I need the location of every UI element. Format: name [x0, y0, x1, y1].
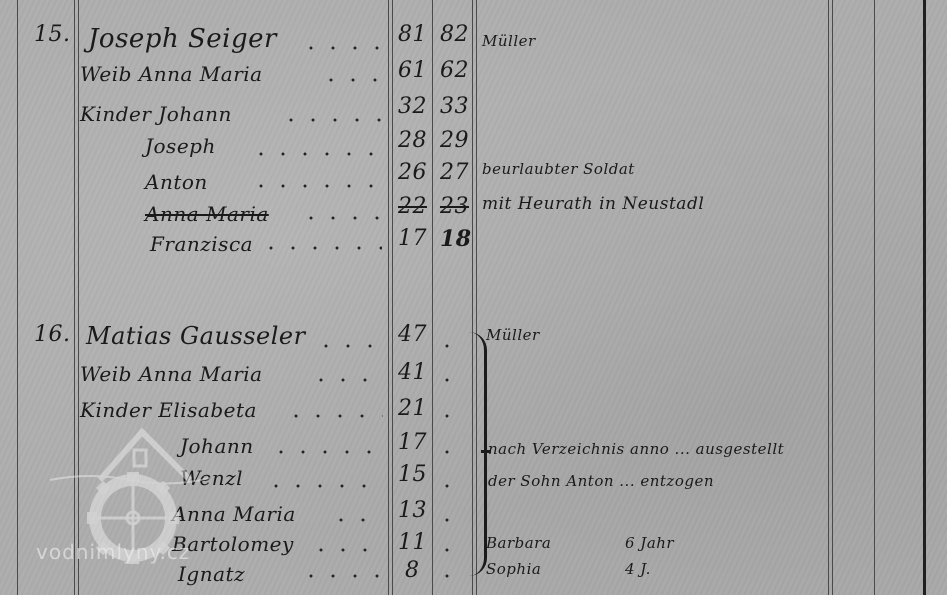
side-note-age: 6 Jahr [625, 534, 674, 552]
age-col-2: 62 [440, 58, 469, 83]
household-head-name: Joseph Seiger [88, 24, 277, 54]
age-col-1: 22 [398, 194, 427, 219]
age-col-1: 47 [398, 322, 427, 347]
leader-dots [310, 548, 382, 552]
leader-dots [315, 344, 383, 348]
age-col-2: 29 [440, 128, 469, 153]
leader-dots [265, 484, 383, 488]
leader-dots [260, 246, 382, 250]
age-col-1: 26 [398, 160, 427, 185]
column-rule [874, 0, 875, 595]
remark-line-2: der Sohn Anton ... entzogen [488, 472, 714, 490]
entry-number: 16. [34, 322, 71, 347]
column-rule [432, 0, 433, 595]
leader-dots [330, 518, 382, 522]
age-col-2: 82 [440, 22, 469, 47]
age-col-2: 33 [440, 94, 469, 119]
age-col-1: 13 [398, 498, 427, 523]
age-col-1: 32 [398, 94, 427, 119]
leader-dots [250, 152, 382, 156]
age-col-2: 27 [440, 160, 469, 185]
column-rule [392, 0, 393, 595]
leader-dots [285, 414, 383, 418]
age-col-2: 23 [440, 194, 469, 219]
status-note: beurlaubter Soldat [482, 160, 635, 178]
leader-dots [300, 46, 380, 50]
remark-line-1: nach Verzeichnis anno ... ausgestellt [488, 440, 784, 458]
leader-dots [250, 184, 382, 188]
column-rule [17, 0, 18, 595]
age-col-1: 17 [398, 226, 427, 251]
leader-dots [310, 378, 382, 382]
person-name: Joseph [145, 134, 216, 158]
person-name: Weib Anna Maria [80, 362, 263, 386]
side-note-name: Barbara [486, 534, 551, 552]
person-name: Franzisca [150, 232, 253, 256]
person-name-struck: Anna Maria [145, 202, 269, 226]
leader-dots [300, 574, 382, 578]
age-col-1: 8 [405, 558, 420, 583]
entry-number: 15. [34, 22, 71, 47]
age-col-2: 18 [440, 226, 472, 252]
column-rule [388, 0, 389, 595]
leader-dots [320, 78, 382, 82]
leader-dots [280, 118, 382, 122]
age-col-1: 21 [398, 396, 427, 421]
marriage-note: mit Heurath in Neustadl [482, 194, 704, 214]
side-note-name: Sophia [486, 560, 541, 578]
scanned-register-page: 15. Joseph Seiger 81 82 Müller Weib Anna… [0, 0, 947, 595]
person-name: Weib Anna Maria [80, 62, 263, 86]
curly-brace [462, 332, 487, 576]
column-rule [832, 0, 833, 595]
age-col-1: 15 [398, 462, 427, 487]
column-rule [828, 0, 829, 595]
age-col-1: 61 [398, 58, 427, 83]
household-head-name: Matias Gausseler [86, 322, 306, 350]
age-col-1: 81 [398, 22, 427, 47]
person-name: Anton [145, 170, 208, 194]
curly-brace-tip [481, 450, 491, 453]
occupation-note: Müller [486, 326, 540, 344]
occupation-note: Müller [482, 32, 536, 50]
column-rule [923, 0, 926, 595]
age-col-1: 28 [398, 128, 427, 153]
side-note-age: 4 J. [625, 560, 651, 578]
leader-dots [300, 216, 382, 220]
age-col-1: 11 [398, 530, 427, 555]
person-name: Kinder Johann [80, 102, 232, 126]
age-col-1: 17 [398, 430, 427, 455]
age-col-1: 41 [398, 360, 427, 385]
leader-dots [270, 450, 382, 454]
watermark-text: vodnimlyny.cz [36, 540, 190, 564]
